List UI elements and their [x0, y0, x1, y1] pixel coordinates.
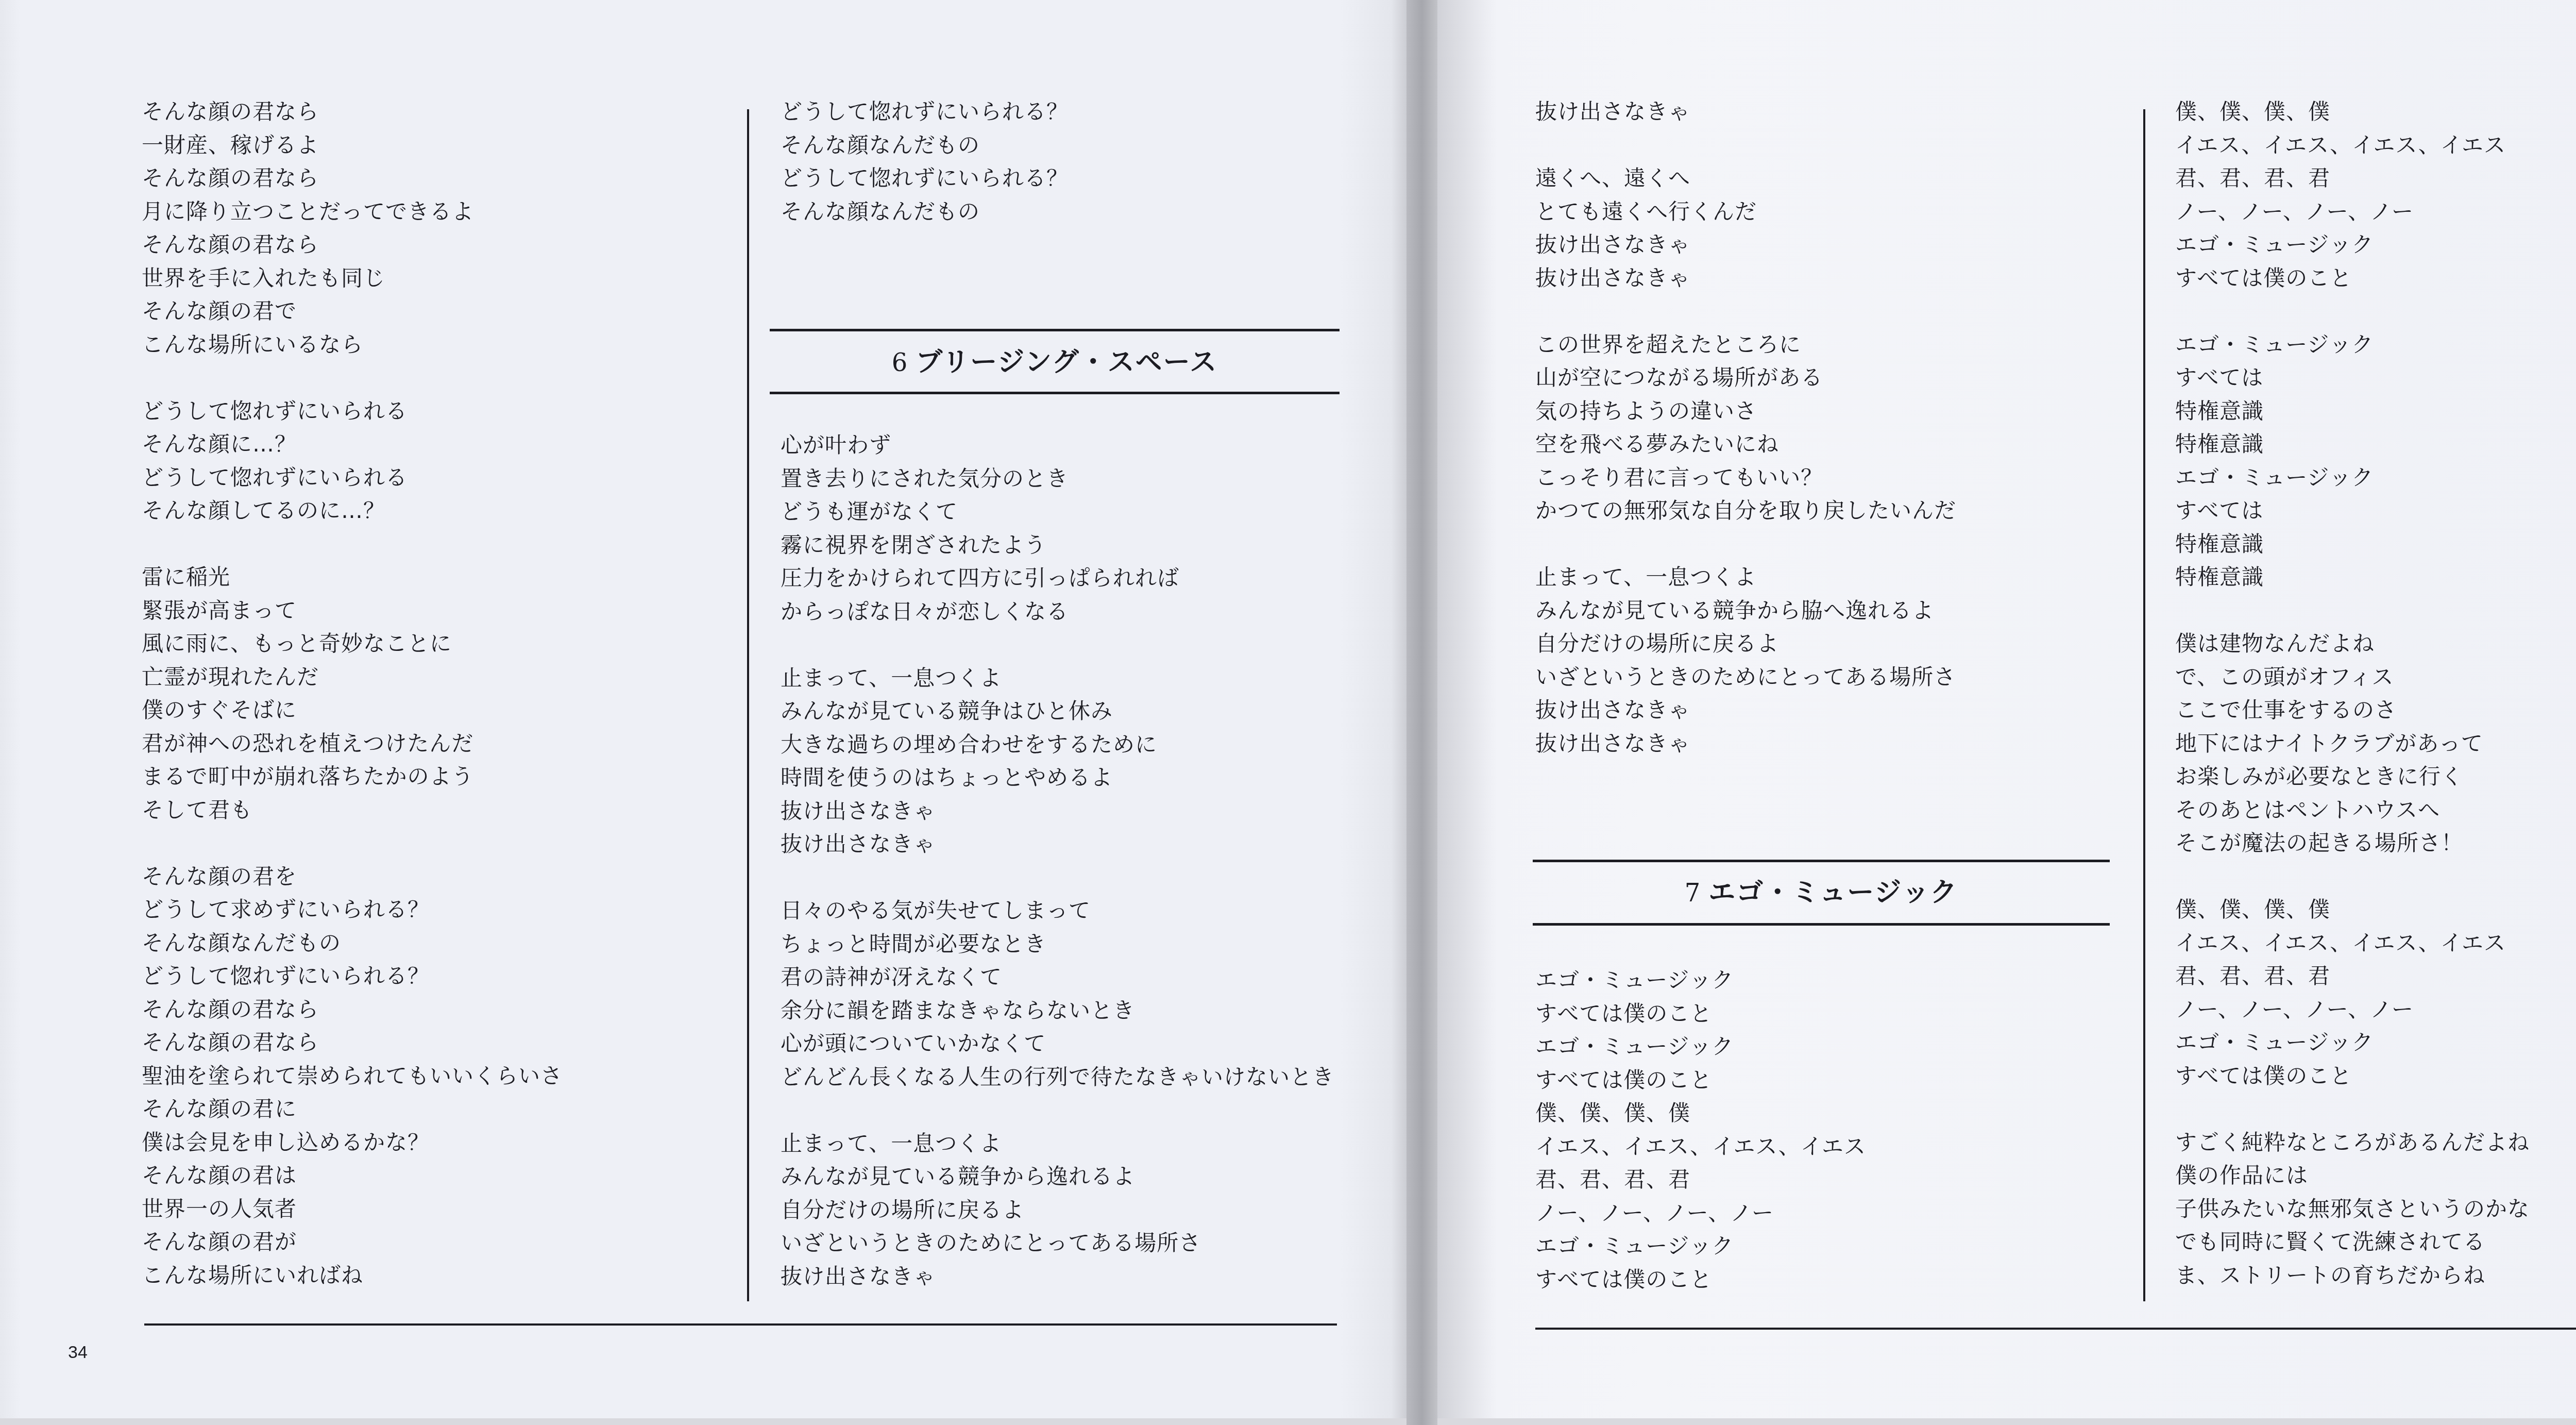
lyric-line: 止まって、一息つくよ — [1535, 561, 1956, 594]
lyric-line: 一財産、稼げるよ — [142, 129, 563, 162]
lyric-line: 世界を手に入れたも同じ — [142, 262, 563, 295]
lyric-line: エゴ・ミュージック — [2175, 1026, 2530, 1060]
lyric-line: 遠くへ、遠くへ — [1535, 162, 1956, 195]
bottom-rule-right — [1535, 1328, 2576, 1330]
lyric-line: イエス、イエス、イエス、イエス — [1535, 1130, 1866, 1164]
song-title: ブリージング・スペース — [916, 347, 1217, 378]
song-number: 7 — [1685, 879, 1702, 908]
stanza-break — [2175, 594, 2530, 628]
lyric-line: エゴ・ミュージック — [1535, 964, 1866, 997]
lyric-line: 風に雨に、もっと奇妙なことに — [142, 627, 563, 661]
lyric-line: ま、ストリートの育ちだからね — [2175, 1259, 2530, 1293]
lyric-line: 亡霊が現れたんだ — [142, 661, 563, 694]
lyric-line: 抜け出さなきゃ — [781, 795, 1334, 828]
lyric-line: どうして惚れずにいられる？ — [781, 95, 1069, 129]
lyric-line: どうして惚れずにいられる — [142, 461, 563, 495]
lyric-line: そんな顔なんだもの — [781, 195, 1069, 229]
lyric-line: すべては僕のこと — [2175, 262, 2530, 295]
lyric-line: 抜け出さなきゃ — [1535, 694, 1956, 727]
lyric-line: 山が空につながる場所がある — [1535, 361, 1956, 395]
song-title: エゴ・ミュージック — [1708, 877, 1958, 908]
lyric-line: 特権意識 — [2175, 528, 2530, 561]
stanza-break — [2175, 295, 2530, 328]
lyric-line: 君、君、君、君 — [2175, 162, 2530, 195]
lyric-line: 空を飛べる夢みたいにね — [1535, 428, 1956, 461]
lyric-line: エゴ・ミュージック — [1535, 1230, 1866, 1263]
lyric-line: すべては — [2175, 361, 2530, 395]
lyric-line: ノー、ノー、ノー、ノー — [1535, 1197, 1866, 1230]
lyric-line: そんな顔の君を — [142, 860, 563, 894]
lyric-line: そんな顔の君は — [142, 1159, 563, 1193]
lyric-line: 特権意識 — [2175, 428, 2530, 461]
lyrics-column-2-bottom: 心が叶わず置き去りにされた気分のときどうも運がなくて霧に視界を閉ざされたよう圧力… — [781, 429, 1334, 1293]
lyric-line: そんな顔の君なら — [142, 228, 563, 262]
lyric-line: どうして求めずにいられる？ — [142, 893, 563, 927]
lyric-line: こんな場所にいればね — [142, 1259, 563, 1293]
lyric-line: 雷に稲光 — [142, 561, 563, 594]
lyric-line: 僕、僕、僕、僕 — [2175, 95, 2530, 129]
lyric-line: ノー、ノー、ノー、ノー — [2175, 993, 2530, 1027]
lyric-line: 自分だけの場所に戻るよ — [1535, 627, 1956, 661]
stanza-break — [1535, 129, 1956, 162]
lyric-line: ちょっと時間が必要なとき — [781, 928, 1334, 961]
lyric-line: そんな顔の君に — [142, 1093, 563, 1126]
heading-rule-top-song-7 — [1533, 860, 2110, 862]
lyric-line: そんな顔の君で — [142, 295, 563, 328]
lyric-line: 僕は建物なんだよね — [2175, 627, 2530, 661]
lyric-line: エゴ・ミュージック — [2175, 461, 2530, 495]
lyric-line: 抜け出さなきゃ — [1535, 228, 1956, 262]
lyric-line: みんなが見ている競争から逸れるよ — [781, 1160, 1334, 1194]
lyric-line: 特権意識 — [2175, 561, 2530, 594]
lyric-line: そんな顔の君なら — [142, 95, 563, 129]
lyric-line: そんな顔なんだもの — [781, 129, 1069, 162]
lyric-line: どうして惚れずにいられる — [142, 395, 563, 428]
lyric-line: どうして惚れずにいられる？ — [142, 960, 563, 993]
lyrics-column-3-bottom: エゴ・ミュージックすべては僕のことエゴ・ミュージックすべては僕のこと僕、僕、僕、… — [1535, 964, 1866, 1296]
lyric-line: エゴ・ミュージック — [2175, 228, 2530, 262]
lyric-line: かつての無邪気な自分を取り戻したいんだ — [1535, 494, 1956, 528]
page-number-left: 34 — [68, 1343, 88, 1363]
lyric-line: 世界一の人気者 — [142, 1193, 563, 1226]
lyric-line: 抜け出さなきゃ — [1535, 727, 1956, 761]
heading-rule-bottom-song-7 — [1533, 923, 2110, 926]
lyric-line: お楽しみが必要なときに行く — [2175, 760, 2530, 794]
lyric-line: そんな顔に…？ — [142, 428, 563, 461]
lyric-line: そんな顔の君なら — [142, 993, 563, 1027]
stanza-break — [142, 528, 563, 561]
lyric-line: とても遠くへ行くんだ — [1535, 195, 1956, 229]
lyric-line: すべては — [2175, 494, 2530, 528]
lyric-line: 聖油を塗られて崇められてもいいくらいさ — [142, 1060, 563, 1093]
lyric-line: 僕は会見を申し込めるかな？ — [142, 1126, 563, 1160]
heading-rule-top-song-6 — [770, 329, 1340, 331]
lyric-line: この世界を超えたところに — [1535, 328, 1956, 362]
lyric-line: すべては僕のこと — [1535, 1263, 1866, 1297]
lyric-line: すべては僕のこと — [2175, 1060, 2530, 1093]
lyric-line: そして君も — [142, 794, 563, 827]
lyric-line: すごく純粋なところがあるんだよね — [2175, 1126, 2530, 1160]
lyric-line: イエス、イエス、イエス、イエス — [2175, 927, 2530, 960]
lyrics-column-2-top: どうして惚れずにいられる？そんな顔なんだものどうして惚れずにいられる？そんな顔な… — [781, 95, 1069, 228]
lyric-line: 心が頭についていかなくて — [781, 1027, 1334, 1061]
lyric-line: 止まって、一息つくよ — [781, 1127, 1334, 1161]
lyric-line: 抜け出さなきゃ — [781, 828, 1334, 861]
lyric-line: いざというときのためにとってある場所さ — [1535, 661, 1956, 694]
lyric-line: エゴ・ミュージック — [1535, 1030, 1866, 1064]
bottom-rule-left — [144, 1323, 1337, 1326]
lyric-line: 霧に視界を閉ざされたよう — [781, 529, 1334, 562]
lyric-line: 心が叶わず — [781, 429, 1334, 462]
lyric-line: そんな顔してるのに…？ — [142, 494, 563, 528]
lyrics-column-4: 僕、僕、僕、僕イエス、イエス、イエス、イエス君、君、君、君ノー、ノー、ノー、ノー… — [2175, 95, 2530, 1292]
stanza-break — [1535, 295, 1956, 328]
lyric-line: 月に降り立つことだってできるよ — [142, 195, 563, 229]
lyric-line: 抜け出さなきゃ — [1535, 262, 1956, 295]
column-divider-left — [747, 109, 749, 1301]
lyric-line: 僕のすぐそばに — [142, 694, 563, 727]
stanza-break — [781, 628, 1334, 662]
stanza-break — [781, 1094, 1334, 1127]
lyric-line: 止まって、一息つくよ — [781, 662, 1334, 695]
lyric-line: 気の持ちようの違いさ — [1535, 395, 1956, 428]
lyric-line: 置き去りにされた気分のとき — [781, 462, 1334, 496]
stanza-break — [2175, 1093, 2530, 1126]
lyric-line: 地下にはナイトクラブがあって — [2175, 727, 2530, 761]
lyric-line: そんな顔の君なら — [142, 1026, 563, 1060]
lyric-line: 緊張が高まって — [142, 594, 563, 628]
lyrics-column-1: そんな顔の君なら一財産、稼げるよそんな顔の君なら月に降り立つことだってできるよそ… — [142, 95, 563, 1292]
lyric-line: 僕の作品には — [2175, 1159, 2530, 1193]
lyric-line: 自分だけの場所に戻るよ — [781, 1194, 1334, 1227]
lyric-line: こんな場所にいるなら — [142, 328, 563, 362]
lyric-line: そんな顔の君が — [142, 1226, 563, 1259]
lyric-line: 特権意識 — [2175, 395, 2530, 428]
stanza-break — [2175, 860, 2530, 894]
song-number: 6 — [892, 348, 909, 377]
heading-rule-bottom-song-6 — [770, 392, 1340, 394]
lyric-line: すべては僕のこと — [1535, 1064, 1866, 1097]
lyric-line: いざというときのためにとってある場所さ — [781, 1227, 1334, 1260]
lyric-line: 君の詩神が冴えなくて — [781, 961, 1334, 994]
lyrics-column-3-top: 抜け出さなきゃ遠くへ、遠くへとても遠くへ行くんだ抜け出さなきゃ抜け出さなきゃこの… — [1535, 95, 1956, 760]
lyric-line: みんなが見ている競争から脇へ逸れるよ — [1535, 594, 1956, 628]
lyric-line: こっそり君に言ってもいい？ — [1535, 461, 1956, 495]
lyric-line: すべては僕のこと — [1535, 997, 1866, 1031]
lyric-line: どんどん長くなる人生の行列で待たなきゃいけないとき — [781, 1061, 1334, 1094]
lyric-line: で、この頭がオフィス — [2175, 661, 2530, 694]
lyric-line: ノー、ノー、ノー、ノー — [2175, 195, 2530, 229]
lyric-line: エゴ・ミュージック — [2175, 328, 2530, 362]
stanza-break — [142, 827, 563, 860]
lyric-line: 子供みたいな無邪気さというのかな — [2175, 1193, 2530, 1226]
lyric-line: ここで仕事をするのさ — [2175, 694, 2530, 727]
lyric-line: 余分に韻を踏まなきゃならないとき — [781, 994, 1334, 1028]
song-heading-6: 6ブリージング・スペース — [770, 342, 1340, 383]
book-gutter — [1406, 0, 1437, 1425]
lyric-line: でも同時に賢くて洗練されてる — [2175, 1226, 2530, 1259]
lyric-line: そのあとはペントハウスへ — [2175, 794, 2530, 827]
lyric-line: 抜け出さなきゃ — [781, 1260, 1334, 1294]
lyric-line: みんなが見ている競争はひと休み — [781, 695, 1334, 728]
lyric-line: 君、君、君、君 — [1535, 1163, 1866, 1197]
lyric-line: どうして惚れずにいられる？ — [781, 162, 1069, 195]
lyric-line: 時間を使うのはちょっとやめるよ — [781, 761, 1334, 795]
lyric-line: 僕、僕、僕、僕 — [2175, 893, 2530, 927]
lyric-line: 日々のやる気が失せてしまって — [781, 894, 1334, 928]
lyric-line: そんな顔なんだもの — [142, 927, 563, 960]
lyric-line: からっぽな日々が恋しくなる — [781, 595, 1334, 629]
column-divider-right — [2143, 109, 2145, 1301]
lyric-line: 圧力をかけられて四方に引っぱられれば — [781, 562, 1334, 595]
stanza-break — [781, 861, 1334, 895]
lyric-line: 大きな過ちの埋め合わせをするために — [781, 728, 1334, 762]
song-heading-7: 7エゴ・ミュージック — [1533, 872, 2110, 914]
lyric-line: そんな顔の君なら — [142, 162, 563, 195]
stanza-break — [142, 361, 563, 395]
stanza-break — [1535, 528, 1956, 561]
lyric-line: まるで町中が崩れ落ちたかのよう — [142, 760, 563, 794]
lyric-line: そこが魔法の起きる場所さ！ — [2175, 827, 2530, 860]
lyric-line: どうも運がなくて — [781, 495, 1334, 529]
lyric-line: イエス、イエス、イエス、イエス — [2175, 129, 2530, 162]
lyric-line: 君が神への恐れを植えつけたんだ — [142, 727, 563, 761]
lyric-line: 僕、僕、僕、僕 — [1535, 1097, 1866, 1130]
lyric-line: 君、君、君、君 — [2175, 960, 2530, 993]
lyric-line: 抜け出さなきゃ — [1535, 95, 1956, 129]
